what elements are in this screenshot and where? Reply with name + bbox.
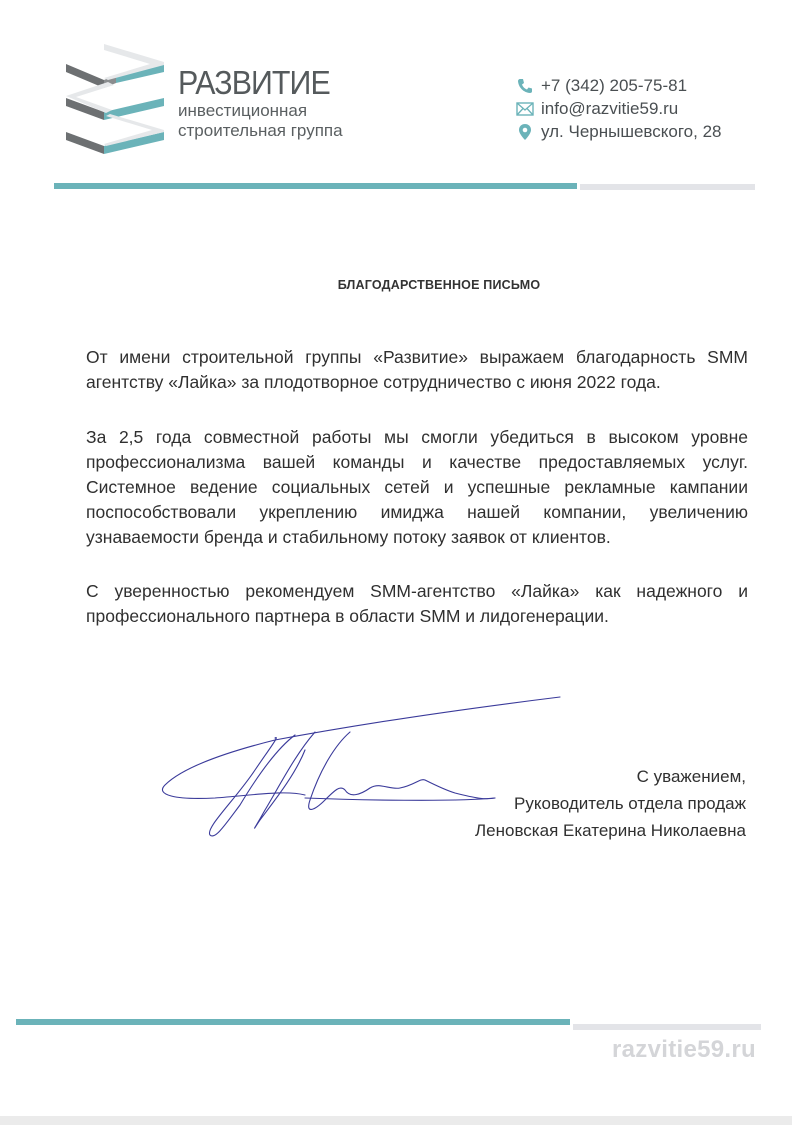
contacts-block: +7 (342) 205-75-81 info@razvitie59.ru ул…	[516, 74, 722, 143]
signature-block: С уважением, Руководитель отдела продаж …	[475, 763, 746, 844]
contact-phone[interactable]: +7 (342) 205-75-81	[516, 74, 722, 97]
contact-email-text: info@razvitie59.ru	[541, 97, 678, 120]
letter-title: БЛАГОДАРСТВЕННОЕ ПИСЬМО	[0, 278, 792, 292]
brand-subtitle-line1: инвестиционная	[178, 101, 343, 121]
stacked-layers-logo-icon	[60, 42, 172, 154]
paragraph-1: От имени строительной группы «Развитие» …	[86, 345, 748, 395]
contact-address: ул. Чернышевского, 28	[516, 120, 722, 143]
footer-rule-teal	[16, 1019, 570, 1025]
closing-line: С уважением,	[475, 763, 746, 790]
header-rule-teal	[54, 183, 577, 189]
envelope-icon	[516, 100, 534, 118]
signer-position: Руководитель отдела продаж	[475, 790, 746, 817]
contact-address-text: ул. Чернышевского, 28	[541, 120, 722, 143]
contact-phone-text: +7 (342) 205-75-81	[541, 74, 687, 97]
brand-subtitle: инвестиционная строительная группа	[178, 101, 343, 141]
paragraph-2: За 2,5 года совместной работы мы смогли …	[86, 425, 748, 550]
footer-website[interactable]: razvitie59.ru	[612, 1036, 756, 1064]
phone-icon	[516, 77, 534, 95]
contact-email[interactable]: info@razvitie59.ru	[516, 97, 722, 120]
paragraph-3: С уверенностью рекомендуем SMM-агентство…	[86, 579, 748, 629]
location-pin-icon	[516, 123, 534, 141]
brand-subtitle-line2: строительная группа	[178, 121, 343, 141]
brand-name: РАЗВИТИЕ	[178, 66, 330, 99]
bottom-band	[0, 1116, 792, 1125]
signer-name: Леновская Екатерина Николаевна	[475, 817, 746, 844]
header-rule-gray	[580, 184, 755, 190]
footer-rule-gray	[573, 1024, 761, 1030]
